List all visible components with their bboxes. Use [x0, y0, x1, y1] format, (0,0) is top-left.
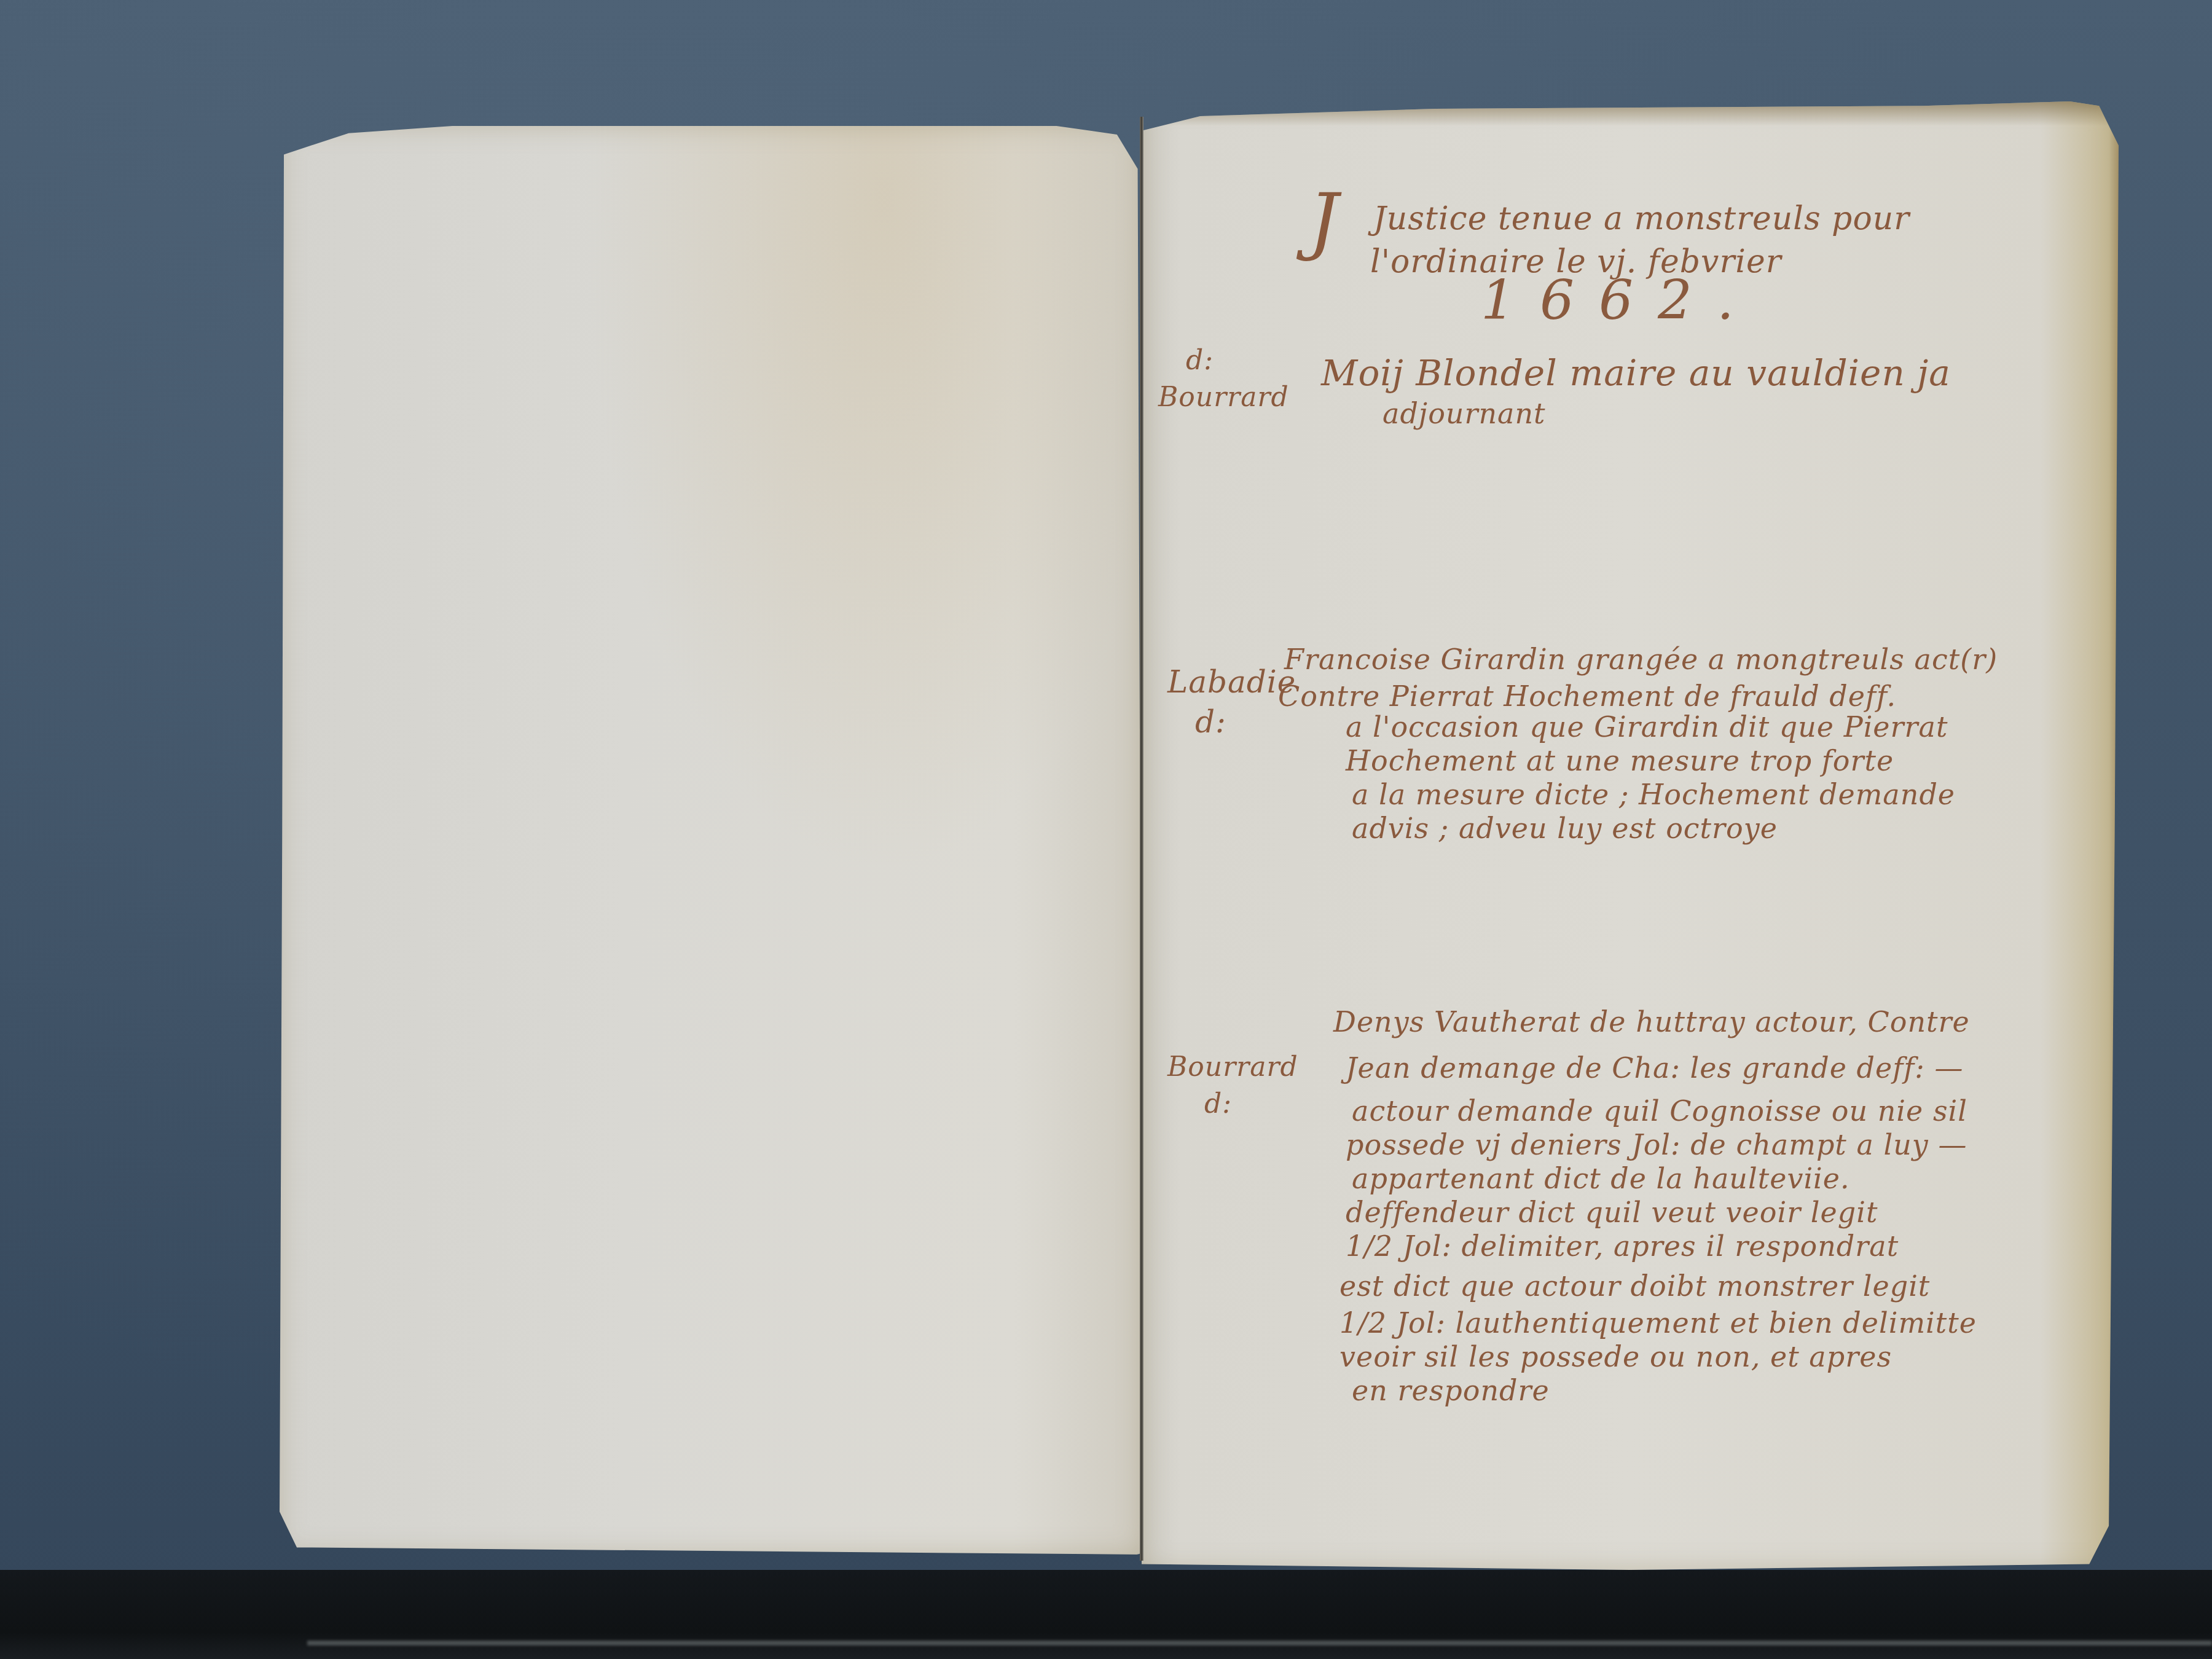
entry-3-line-4: possede vj deniers Jol: de champt a luy … — [1346, 1131, 1967, 1159]
entry-2-line-4: Hochement at une mesure trop forte — [1346, 747, 1894, 775]
heading-initial-flourish: J — [1309, 184, 1339, 258]
entry-2-line-6: advis ; adveu luy est octroye — [1352, 814, 1778, 842]
entry-3-line-1: Denys Vautherat de huttray actour, Contr… — [1333, 1008, 1970, 1036]
entry-3-line-8: est dict que actour doibt monstrer legit — [1339, 1272, 1930, 1300]
entry-2-line-2: Contre Pierrat Hochement de frauld deff. — [1278, 682, 1896, 710]
left-page-blank — [280, 126, 1143, 1555]
entry-3-line-3: actour demande quil Cognoisse ou nie sil — [1352, 1097, 1967, 1125]
entry-3-line-9: 1/2 Jol: lauthentiquement et bien delimi… — [1339, 1309, 1977, 1337]
entry-2-line-1: Francoise Girardin grangée a mongtreuls … — [1284, 645, 1998, 673]
entry-3-margin-name: Bourrard — [1167, 1054, 1298, 1081]
entry-3-line-10: veoir sil les possede ou non, et apres — [1339, 1343, 1892, 1371]
entry-1-line-2: adjournant — [1382, 399, 1546, 428]
heading-year: 1662. — [1481, 273, 1759, 327]
entry-1-margin-mark: d: — [1186, 347, 1214, 374]
entry-3-line-6: deffendeur dict quil veut veoir legit — [1346, 1198, 1878, 1226]
entry-2-line-3: a l'occasion que Girardin dit que Pierra… — [1346, 713, 1948, 741]
entry-1-line-1: Moij Blondel maire au vauldien ja — [1321, 355, 1951, 391]
entry-2-line-5: a la mesure dicte ; Hochement demande — [1352, 780, 1955, 809]
table-edge — [0, 1570, 2212, 1659]
entry-1-margin-name: Bourrard — [1158, 384, 1289, 411]
entry-2-margin-name: Labadie — [1167, 667, 1296, 697]
entry-3-line-5: appartenant dict de la haulteviie. — [1352, 1164, 1850, 1193]
entry-3-line-2: Jean demange de Cha: les grande deff: — — [1346, 1054, 1963, 1082]
entry-3-line-11: en respondre — [1352, 1376, 1550, 1405]
heading-line-1: Justice tenue a monstreuls pour — [1373, 203, 1910, 235]
book-spine-gutter — [1140, 117, 1143, 1561]
entry-3-line-7: 1/2 Jol: delimiter, apres il respondrat — [1346, 1232, 1899, 1260]
entry-3-margin-mark: d: — [1204, 1091, 1232, 1118]
entry-2-margin-mark: d: — [1195, 707, 1226, 737]
